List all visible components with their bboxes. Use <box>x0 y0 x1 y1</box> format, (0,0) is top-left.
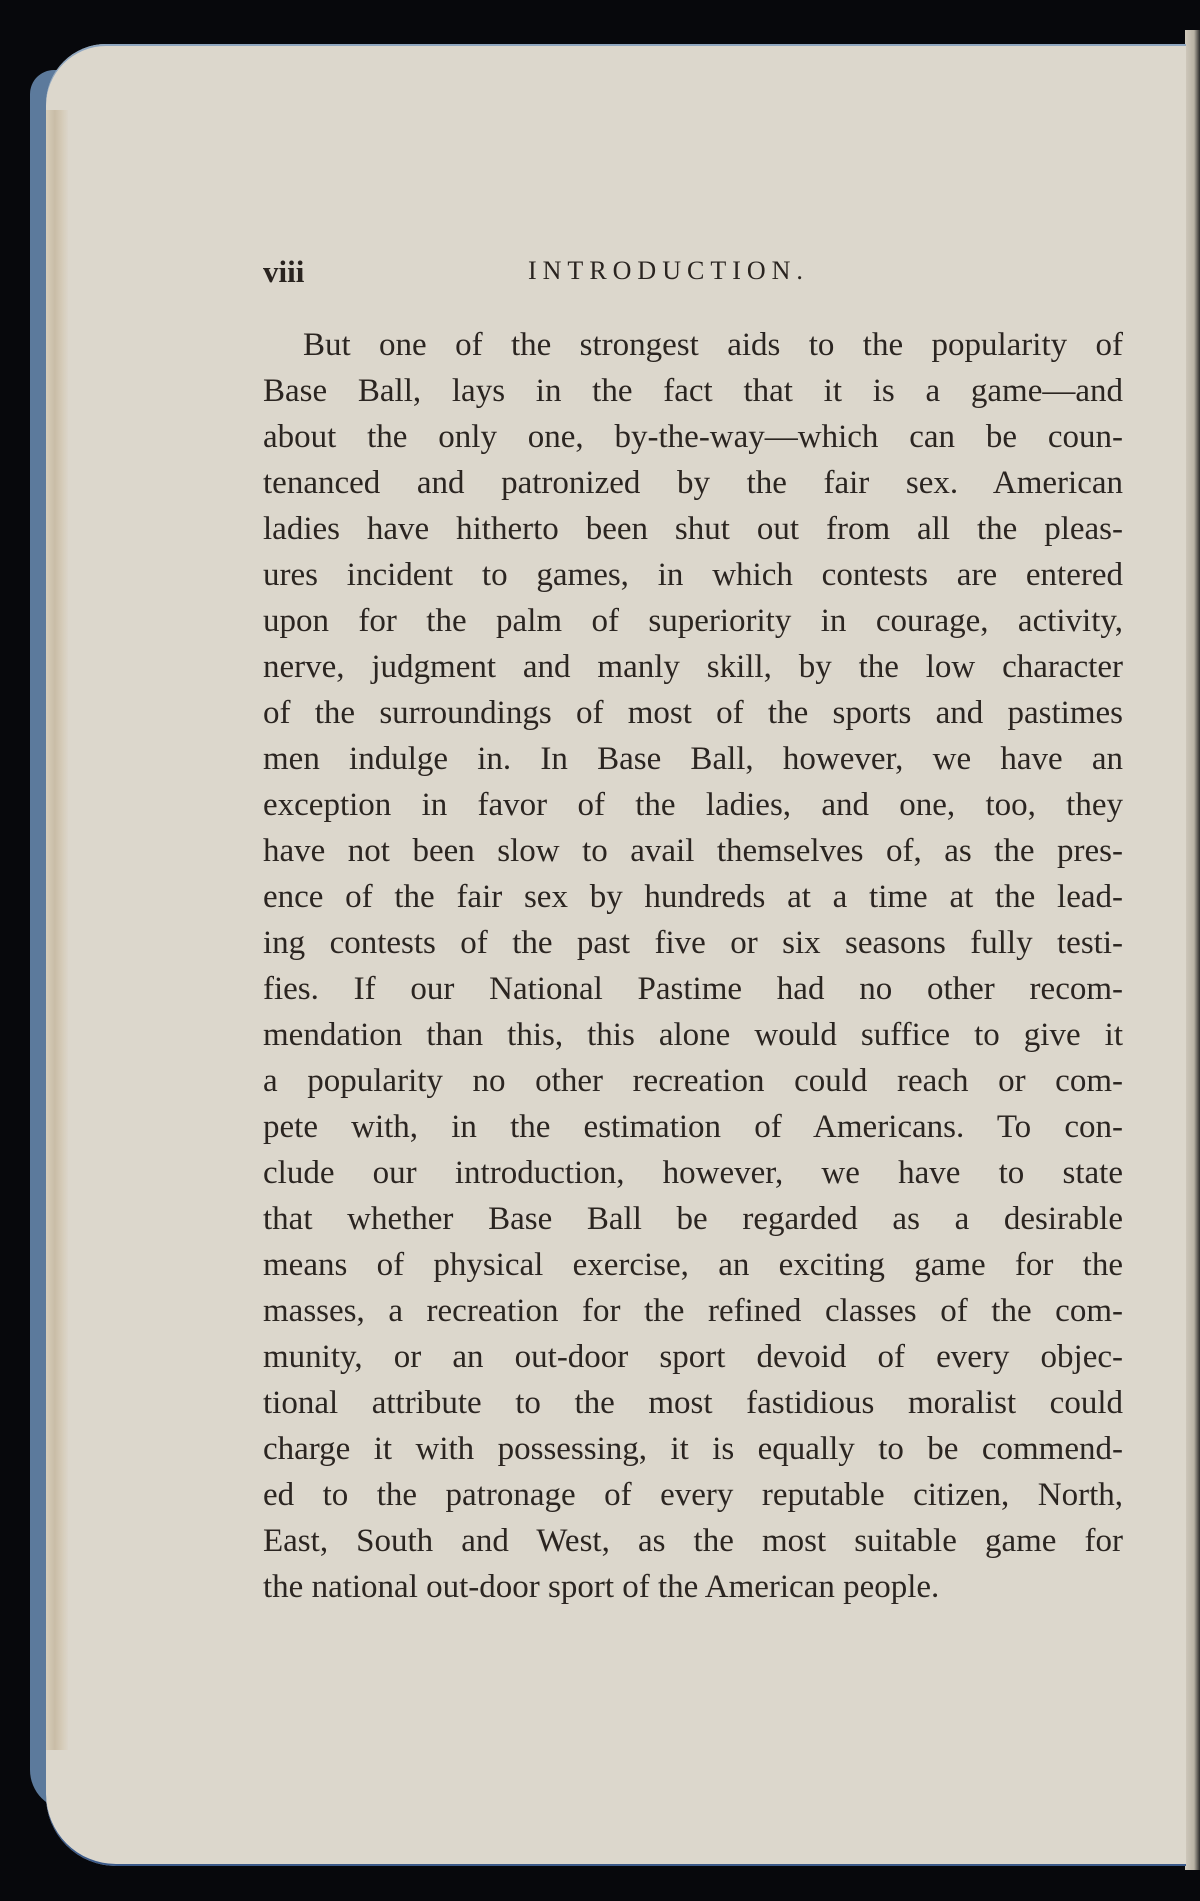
text-line: men indulge in. In Base Ball, however, w… <box>263 736 1123 782</box>
text-line: have not been slow to avail themselves o… <box>263 828 1123 874</box>
page-number: viii <box>263 254 304 290</box>
text-line: a popularity no other recreation could r… <box>263 1058 1123 1104</box>
text-line: tional attribute to the most fastidious … <box>263 1380 1123 1426</box>
text-line: exception in favor of the ladies, and on… <box>263 782 1123 828</box>
text-line: tenanced and patronized by the fair sex.… <box>263 460 1123 506</box>
text-line: nerve, judgment and manly skill, by the … <box>263 644 1123 690</box>
text-line: masses, a recreation for the refined cla… <box>263 1288 1123 1334</box>
body-paragraph: But one of the strongest aids to the pop… <box>263 322 1123 1610</box>
text-line: munity, or an out-door sport devoid of e… <box>263 1334 1123 1380</box>
text-line: of the surroundings of most of the sport… <box>263 690 1123 736</box>
text-line: the national out-door sport of the Ameri… <box>263 1564 1123 1610</box>
text-line: upon for the palm of superiority in cour… <box>263 598 1123 644</box>
page-header: viii INTRODUCTION. <box>263 254 1123 294</box>
text-line: that whether Base Ball be regarded as a … <box>263 1196 1123 1242</box>
text-line: ence of the fair sex by hundreds at a ti… <box>263 874 1123 920</box>
adjacent-page-edges <box>1185 30 1200 1870</box>
text-line: charge it with possessing, it is equally… <box>263 1426 1123 1472</box>
running-title: INTRODUCTION. <box>528 256 809 286</box>
text-line: means of physical exercise, an exciting … <box>263 1242 1123 1288</box>
text-line: Base Ball, lays in the fact that it is a… <box>263 368 1123 414</box>
text-line: ing contests of the past five or six sea… <box>263 920 1123 966</box>
text-line: ladies have hitherto been shut out from … <box>263 506 1123 552</box>
text-line: pete with, in the estimation of American… <box>263 1104 1123 1150</box>
text-line: East, South and West, as the most suitab… <box>263 1518 1123 1564</box>
text-line: clude our introduction, however, we have… <box>263 1150 1123 1196</box>
text-line: But one of the strongest aids to the pop… <box>263 322 1123 368</box>
text-line: fies. If our National Pastime had no oth… <box>263 966 1123 1012</box>
text-line: ed to the patronage of every reputable c… <box>263 1472 1123 1518</box>
text-line: mendation than this, this alone would su… <box>263 1012 1123 1058</box>
text-line: ures incident to games, in which contest… <box>263 552 1123 598</box>
text-line: about the only one, by-the-way—which can… <box>263 414 1123 460</box>
page-gutter-fold <box>46 110 68 1750</box>
